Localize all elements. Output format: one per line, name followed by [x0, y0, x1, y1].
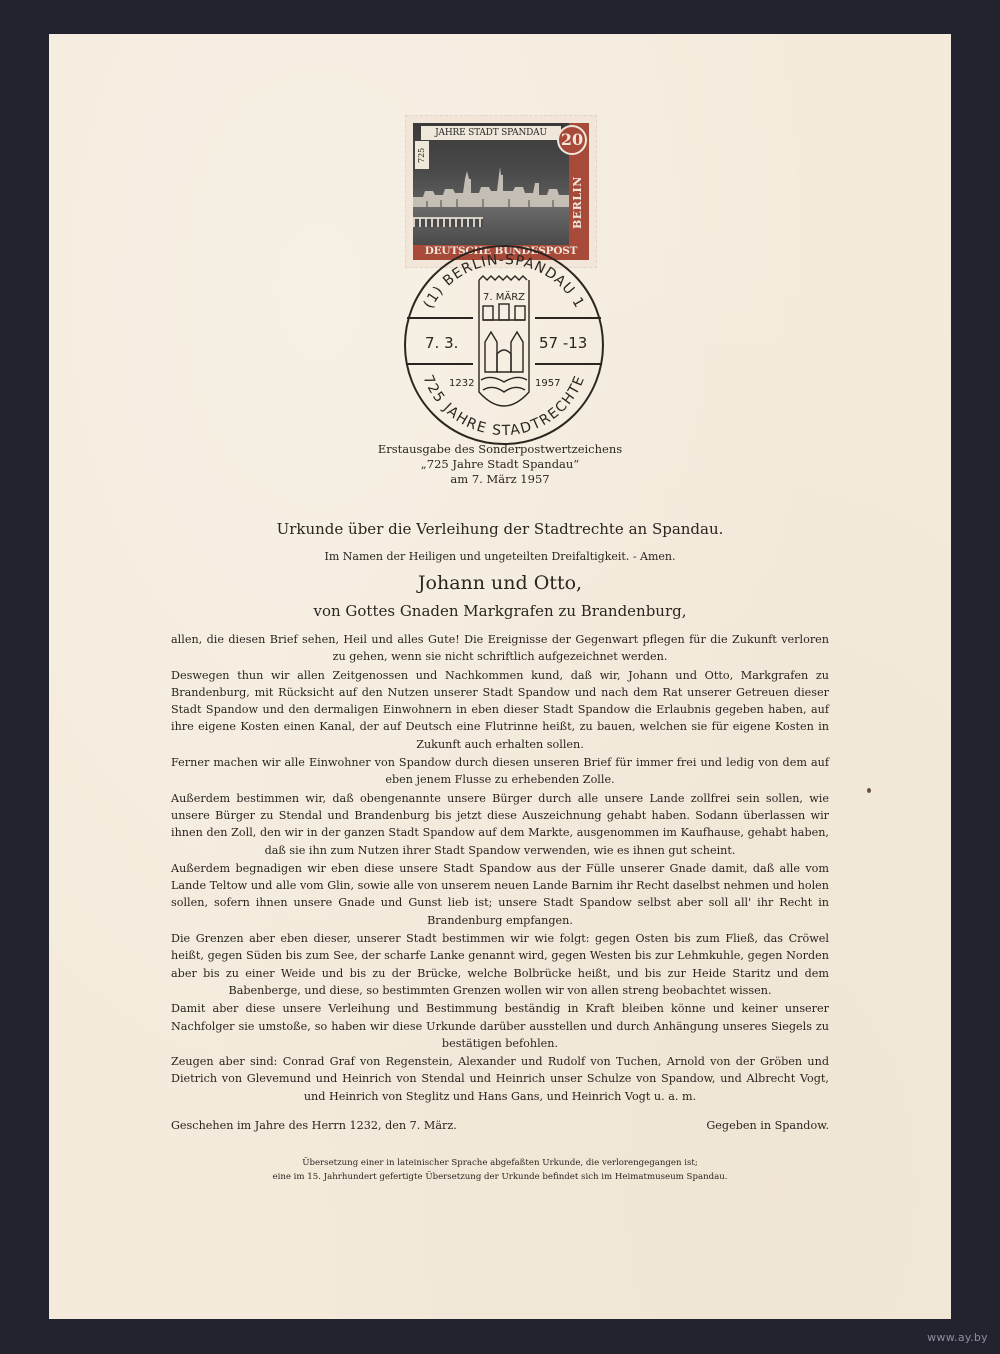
first-issue-line-1: Erstausgabe des Sonderpostwertzeichens	[49, 442, 951, 457]
paragraph-validity: Damit aber diese unsere Verleihung und B…	[171, 1000, 829, 1052]
commemorative-sheet: JAHRE STADT SPANDAU 725 20 BERLIN DEUTSC…	[49, 34, 951, 1319]
postmark-year-left: 1232	[449, 378, 474, 389]
paragraph-boundaries: Die Grenzen aber eben dieser, unserer St…	[171, 930, 829, 999]
document-invocation: Im Namen der Heiligen und ungeteilten Dr…	[49, 550, 951, 563]
stamp-ribbon-text: JAHRE STADT SPANDAU	[421, 126, 561, 140]
paragraph-customs-exemption: Außerdem bestimmen wir, daß obengenannte…	[171, 790, 829, 859]
document-title: Urkunde über die Verleihung der Stadtrec…	[49, 520, 951, 538]
stamp-bridge	[413, 217, 483, 227]
postmark-center-label: 7. MÄRZ	[483, 290, 525, 303]
signoff-place: Gegeben in Spandow.	[706, 1119, 829, 1132]
watermark: www.ay.by	[927, 1331, 988, 1344]
city-skyline-icon	[413, 167, 569, 209]
stamp-anniversary: 725	[415, 141, 429, 169]
postmark-date-left: 7. 3.	[425, 334, 458, 352]
stamp-region: BERLIN	[571, 165, 585, 241]
first-issue-caption: Erstausgabe des Sonderpostwertzeichens „…	[49, 442, 951, 487]
paper-foxing-spot	[867, 788, 871, 793]
document-body: allen, die diesen Brief sehen, Heil und …	[171, 631, 829, 1106]
document-issuers: Johann und Otto,	[49, 572, 951, 594]
footnote-line-2: eine im 15. Jahrhundert gefertigte Übers…	[49, 1170, 951, 1184]
first-issue-line-3: am 7. März 1957	[49, 472, 951, 487]
postmark-cancellation: (1) BERLIN-SPANDAU 1 725 JAHRE STADTRECH…	[401, 242, 607, 448]
first-issue-line-2: „725 Jahre Stadt Spandau“	[49, 457, 951, 472]
footnote-line-1: Übersetzung einer in lateinischer Sprach…	[49, 1156, 951, 1170]
translation-footnote: Übersetzung einer in lateinischer Sprach…	[49, 1156, 951, 1184]
stamp-frame: JAHRE STADT SPANDAU 725 20 BERLIN DEUTSC…	[413, 123, 589, 260]
document-issuers-title: von Gottes Gnaden Markgrafen zu Brandenb…	[49, 602, 951, 620]
signoff-date: Geschehen im Jahre des Herrn 1232, den 7…	[171, 1119, 457, 1132]
document-signoff: Geschehen im Jahre des Herrn 1232, den 7…	[171, 1119, 829, 1132]
paragraph-witnesses: Zeugen aber sind: Conrad Graf von Regens…	[171, 1053, 829, 1105]
paragraph-canal-permission: Deswegen thun wir allen Zeitgenossen und…	[171, 667, 829, 753]
paragraph-toll-freedom: Ferner machen wir alle Einwohner von Spa…	[171, 754, 829, 789]
stamp-value: 20	[557, 125, 587, 155]
postmark-date-right: 57 -13	[539, 334, 587, 352]
paragraph-jurisdiction: Außerdem begnadigen wir eben diese unser…	[171, 860, 829, 929]
stamp-picture-spandau-view: JAHRE STADT SPANDAU 725	[413, 123, 569, 245]
postmark-year-right: 1957	[535, 378, 560, 389]
paragraph-greeting: allen, die diesen Brief sehen, Heil und …	[171, 631, 829, 666]
